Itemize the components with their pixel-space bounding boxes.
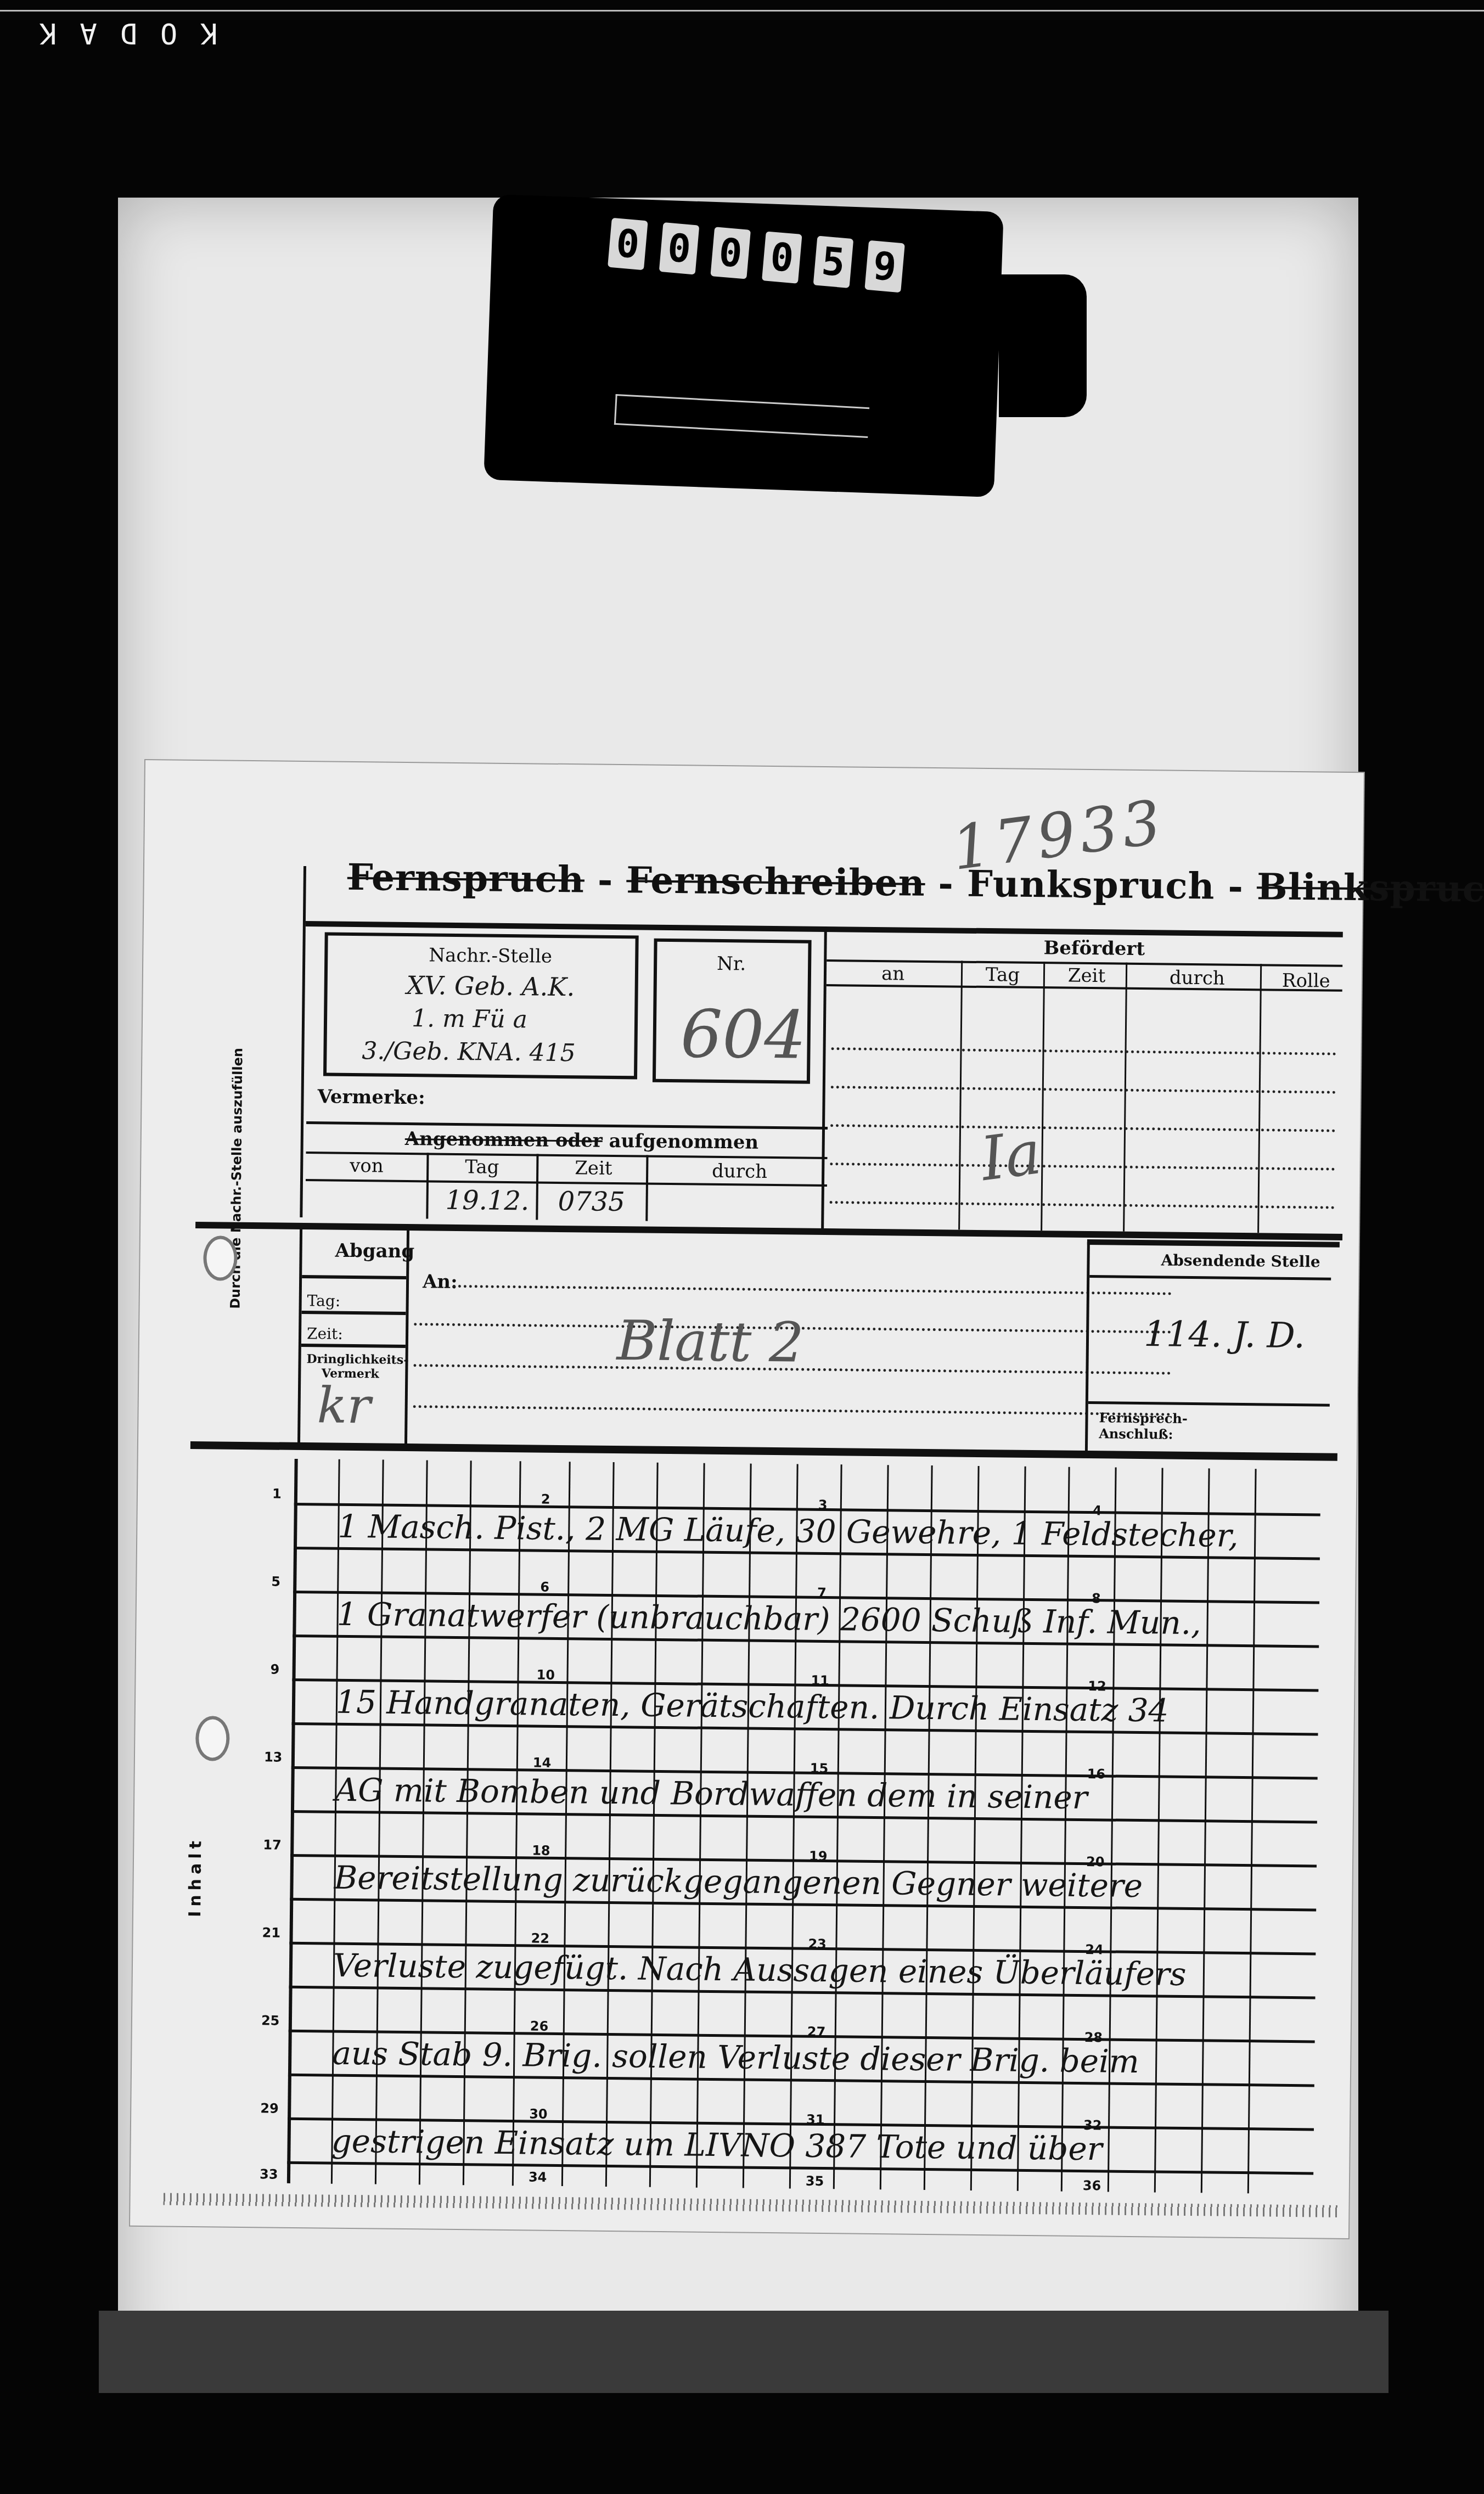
group-number: 36 [1083, 2178, 1101, 2193]
aufgenommen-col-divider [426, 1153, 429, 1218]
group-number: 14 [533, 1755, 552, 1770]
nachr-stelle-line-2: 1. m Fü a [412, 1004, 527, 1033]
group-number: 31 [806, 2112, 825, 2127]
film-edge-line [0, 10, 1484, 12]
message-line-5: Bereitstellung zurückgegangenen Gegner w… [334, 1859, 1143, 1905]
nr-value: 604 [680, 996, 806, 1074]
inhalt-label: Inhalt [185, 1836, 206, 1917]
message-line-4: AG mit Bomben und Bordwaffen dem in sein… [335, 1771, 1088, 1816]
title-option-blinkspruch: Blinkspruch [1257, 865, 1484, 911]
form-title: Fernspruch - Fernschreiben - Funkspruch … [347, 856, 1484, 911]
group-number: 7 [817, 1585, 827, 1600]
group-number: 34 [529, 2169, 547, 2184]
counter-digit: 0 [762, 231, 802, 283]
counter-digit: 5 [813, 236, 854, 288]
aufgenommen-col-divider [645, 1155, 648, 1221]
nr-label: Nr. [717, 953, 746, 975]
title-option-fernspruch: Fernspruch [347, 856, 584, 901]
group-number: 18 [532, 1843, 550, 1858]
group-number: 26 [530, 2018, 549, 2034]
line-number: 29 [260, 2100, 279, 2116]
absendende-label: Absendende Stelle [1161, 1251, 1320, 1271]
befoerdert-col-an: an [881, 963, 905, 985]
perforated-edge [163, 2193, 1337, 2217]
counter-digit: 0 [659, 222, 700, 274]
message-line-7: aus Stab 9. Brig. sollen Verluste dieser… [332, 2035, 1139, 2080]
aufgenommen-zeit-value: 0735 [558, 1186, 625, 1217]
befoerdert-col-rolle: Rolle [1282, 970, 1330, 992]
line-number: 13 [264, 1749, 283, 1765]
aufgenommen-struck-text: Angenommen oder [405, 1128, 603, 1152]
inhalt-top-rule [190, 1441, 1337, 1461]
group-number: 15 [810, 1761, 829, 1776]
title-separator: - [938, 862, 967, 905]
an-dotted-line [453, 1285, 1172, 1295]
aufgenommen-col-divider [536, 1154, 538, 1220]
befoerdert-col-divider [1123, 963, 1127, 1232]
counter-digit: 9 [864, 240, 905, 293]
group-number: 35 [806, 2173, 824, 2189]
absendende-value: 114. J. D. [1144, 1314, 1305, 1356]
aufgenommen-top-rule [306, 1121, 828, 1130]
film-brand-mark: KODAK [16, 16, 218, 49]
message-line-8: gestrigen Einsatz um LIVNO 387 Tote und … [331, 2122, 1103, 2168]
befoerdert-mark: Ia [977, 1117, 1045, 1194]
befoerdert-col-zeit: Zeit [1068, 965, 1106, 987]
title-option-fernschreiben: Fernschreiben [626, 858, 925, 905]
section-rule [195, 1222, 1342, 1240]
abgang-zeit-label: Zeit: [307, 1324, 343, 1343]
an-value: Blatt 2 [616, 1308, 804, 1375]
counter-digit: 0 [710, 227, 751, 279]
group-number: 11 [811, 1673, 829, 1688]
aufgenommen-tag-value: 19.12. [445, 1185, 529, 1217]
abgang-left-border [297, 1228, 302, 1442]
side-instruction: Durch die Nachr.-Stelle auszufüllen [227, 1008, 247, 1349]
befoerdert-col-tag: Tag [986, 964, 1020, 986]
group-number: 22 [531, 1930, 549, 1946]
line-number: 25 [261, 2013, 280, 2028]
counter-digit: 0 [608, 218, 648, 270]
holder-frame [99, 2311, 1389, 2393]
befoerdert-col-divider [1041, 962, 1045, 1231]
message-line-1: 1 Masch. Pist., 2 MG Läufe, 30 Gewehre, … [338, 1508, 1239, 1554]
fernsprech-label: Fernsprech-Anschluß: [1099, 1409, 1193, 1442]
an-label: An: [423, 1271, 458, 1293]
aufgenommen-col-von: von [350, 1155, 384, 1177]
group-number: 2 [541, 1492, 550, 1507]
message-form: 17933 Fernspruch - Fernschreiben - Funks… [130, 760, 1364, 2238]
an-dotted-line [413, 1405, 1171, 1415]
dringlichkeit-value: kr [317, 1377, 371, 1435]
line-number: 17 [263, 1837, 282, 1852]
line-number: 33 [260, 2166, 278, 2182]
title-separator: - [1228, 865, 1257, 908]
title-option-funkspruch: Funkspruch [967, 862, 1215, 908]
title-separator: - [598, 858, 627, 902]
line-number: 9 [271, 1661, 280, 1677]
aufgenommen-col-durch: durch [712, 1160, 767, 1183]
frame-counter-tab [999, 274, 1087, 417]
abgang-heading: Abgang [335, 1240, 414, 1263]
befoerdert-left-border [821, 932, 827, 1228]
nachr-stelle-label: Nachr.-Stelle [429, 944, 552, 967]
group-number: 10 [536, 1667, 555, 1683]
befoerdert-heading: Befördert [1043, 937, 1145, 960]
group-number: 30 [529, 2106, 548, 2121]
group-number: 27 [807, 2024, 826, 2040]
abgang-rule [302, 1275, 406, 1279]
group-number: 23 [808, 1936, 827, 1952]
nachr-stelle-line-1: XV. Geb. A.K. [406, 970, 575, 1002]
befoerdert-col-durch: durch [1170, 967, 1225, 990]
group-number: 19 [809, 1849, 828, 1864]
absendende-left-border [1085, 1242, 1090, 1456]
aufgenommen-col-tag: Tag [465, 1156, 499, 1178]
befoerdert-col-divider [1257, 964, 1262, 1233]
punch-hole [195, 1716, 230, 1761]
message-line-6: Verluste zugefügt. Nach Aussagen eines Ü… [333, 1947, 1187, 1993]
aufgenommen-col-zeit: Zeit [575, 1157, 612, 1179]
absendende-top-rule [1087, 1239, 1340, 1248]
line-number: 5 [271, 1574, 280, 1589]
aufgenommen-text: aufgenommen [609, 1130, 758, 1154]
message-line-3: 15 Handgranaten, Gerätschaften. Durch Ei… [336, 1683, 1169, 1729]
line-number: 1 [272, 1486, 282, 1501]
group-number: 6 [540, 1580, 549, 1595]
inhalt-grid: 1 5 9 13 17 21 25 29 33 2 3 4 6 7 8 10 1… [287, 1459, 1321, 2194]
aufgenommen-heading: Angenommen oder aufgenommen [405, 1128, 759, 1154]
abgang-rule [301, 1311, 406, 1315]
group-number: 16 [1087, 1766, 1106, 1782]
line-number: 21 [262, 1925, 280, 1940]
group-number: 3 [818, 1497, 828, 1513]
absendende-rule [1089, 1275, 1331, 1280]
absendende-bottom-rule [1088, 1401, 1330, 1407]
message-line-2: 1 Granatwerfer (unbrauchbar) 2600 Schuß … [336, 1596, 1201, 1642]
befoerdert-col-divider [958, 961, 963, 1230]
nachr-stelle-line-3: 3./Geb. KNA. 415 [362, 1037, 576, 1067]
abgang-tag-label: Tag: [307, 1291, 341, 1310]
abgang-rule [301, 1344, 406, 1348]
vermerke-label: Vermerke: [317, 1086, 425, 1109]
header-left-rule [300, 866, 306, 1217]
